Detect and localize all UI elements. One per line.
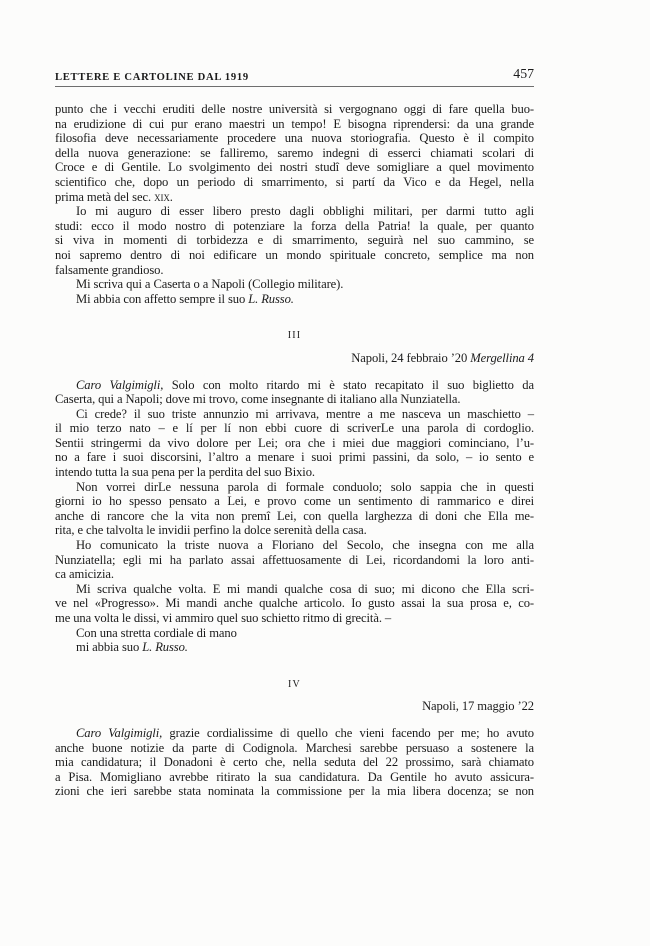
page-header: LETTERE E CARTOLINE DAL 1919 457 — [55, 66, 534, 82]
body-paragraph: Caro Valgimigli, Solo con molto ritardo … — [55, 378, 534, 407]
text-line: Io mi auguro di esser libero presto dagl… — [55, 204, 534, 219]
text-line: Mi scriva qui a Caserta o a Napoli (Coll… — [55, 277, 534, 292]
text-line: na erudizione di cui pur erano maestri u… — [55, 117, 534, 132]
text-line: Sentii stringermi da vivo dolore per Lei… — [55, 436, 534, 451]
header-rule — [55, 86, 534, 87]
body-paragraph: Caro Valgimigli, grazie cordialissime di… — [55, 726, 534, 799]
text-line: zioni che ieri sarebbe stata nominata la… — [55, 784, 534, 799]
text-line: no a fare i suoi discorsini, l’altro a m… — [55, 450, 534, 465]
body-paragraph: Ci crede? il suo triste annunzio mi arri… — [55, 407, 534, 480]
text-line: della nuova generazione: se falliremo, s… — [55, 146, 534, 161]
book-page: LETTERE E CARTOLINE DAL 1919 457 punto c… — [0, 0, 650, 946]
text-line: Con una stretta cordiale di mano — [55, 626, 534, 641]
text-line: a Pisa. Momigliano avrebbe ritirato la s… — [55, 770, 534, 785]
text-line: Croce e di Gentile. Lo svolgimento dei n… — [55, 160, 534, 175]
page-number: 457 — [513, 66, 534, 82]
text-line: rita, e che talvolta le invidii perfino … — [55, 523, 534, 538]
body-paragraph: Mi scriva qui a Caserta o a Napoli (Coll… — [55, 277, 534, 292]
text-line: mia candidatura; il Donadoni è certo che… — [55, 755, 534, 770]
text-line: punto che i vecchi eruditi delle nostre … — [55, 102, 534, 117]
text-line: studi: ecco il modo nostro di potenziare… — [55, 219, 534, 234]
text-line: noi sapremo dentro di noi edificare un m… — [55, 248, 534, 263]
text-line: falsamente grandioso. — [55, 263, 534, 278]
page-content: punto che i vecchi eruditi delle nostre … — [55, 102, 534, 799]
text-line: giorni io ho spesso pensato a Lei, e pro… — [55, 494, 534, 509]
body-paragraph: Mi abbia con affetto sempre il suo L. Ru… — [55, 292, 534, 307]
body-paragraph: mi abbia suo L. Russo. — [55, 640, 534, 655]
text-line: si viva in momenti di torbidezza e di sm… — [55, 233, 534, 248]
body-paragraph: punto che i vecchi eruditi delle nostre … — [55, 102, 534, 204]
text-line: scientifico che, dopo un periodo di smar… — [55, 175, 534, 190]
section-number: III — [55, 329, 534, 344]
text-line: il mio terzo nato – e lí per lí non ebbi… — [55, 421, 534, 436]
text-line: anche buone notizie da parte di Codignol… — [55, 741, 534, 756]
text-line: me una volta le dissi, vi ammiro quel su… — [55, 611, 534, 626]
text-line: Mi abbia con affetto sempre il suo L. Ru… — [55, 292, 534, 307]
text-line: ca amicizia. — [55, 567, 534, 582]
text-line: filosofia deve necessariamente procedere… — [55, 131, 534, 146]
text-line: Ho comunicato la triste nuova a Floriano… — [55, 538, 534, 553]
body-paragraph: Io mi auguro di esser libero presto dagl… — [55, 204, 534, 277]
text-block: LETTERE E CARTOLINE DAL 1919 457 punto c… — [55, 66, 534, 799]
text-line: Non vorrei dirLe nessuna parola di forma… — [55, 480, 534, 495]
text-line: mi abbia suo L. Russo. — [55, 640, 534, 655]
date-line: Napoli, 24 febbraio ’20 Mergellina 4 — [55, 351, 534, 366]
text-line: Ci crede? il suo triste annunzio mi arri… — [55, 407, 534, 422]
text-line: Caro Valgimigli, grazie cordialissime di… — [55, 726, 534, 741]
text-line: Caserta, qui a Napoli; dove mi trovo, co… — [55, 392, 534, 407]
text-line: intendo tutta la sua pena per la perdita… — [55, 465, 534, 480]
body-paragraph: Ho comunicato la triste nuova a Floriano… — [55, 538, 534, 582]
body-paragraph: Non vorrei dirLe nessuna parola di forma… — [55, 480, 534, 538]
text-line: anche di rancore che la vita non premî L… — [55, 509, 534, 524]
text-line: Mi scriva qualche volta. E mi mandi qual… — [55, 582, 534, 597]
date-line: Napoli, 17 maggio ’22 — [55, 699, 534, 714]
text-line: ve nel «Progresso». Mi mandi anche qualc… — [55, 596, 534, 611]
text-line: Caro Valgimigli, Solo con molto ritardo … — [55, 378, 534, 393]
running-title: LETTERE E CARTOLINE DAL 1919 — [55, 72, 249, 83]
text-line: prima metà del sec. xix. — [55, 190, 534, 205]
text-line: Nunziatella; egli mi ha parlato assai af… — [55, 553, 534, 568]
body-paragraph: Mi scriva qualche volta. E mi mandi qual… — [55, 582, 534, 626]
body-paragraph: Con una stretta cordiale di mano — [55, 626, 534, 641]
section-number: IV — [55, 678, 534, 693]
